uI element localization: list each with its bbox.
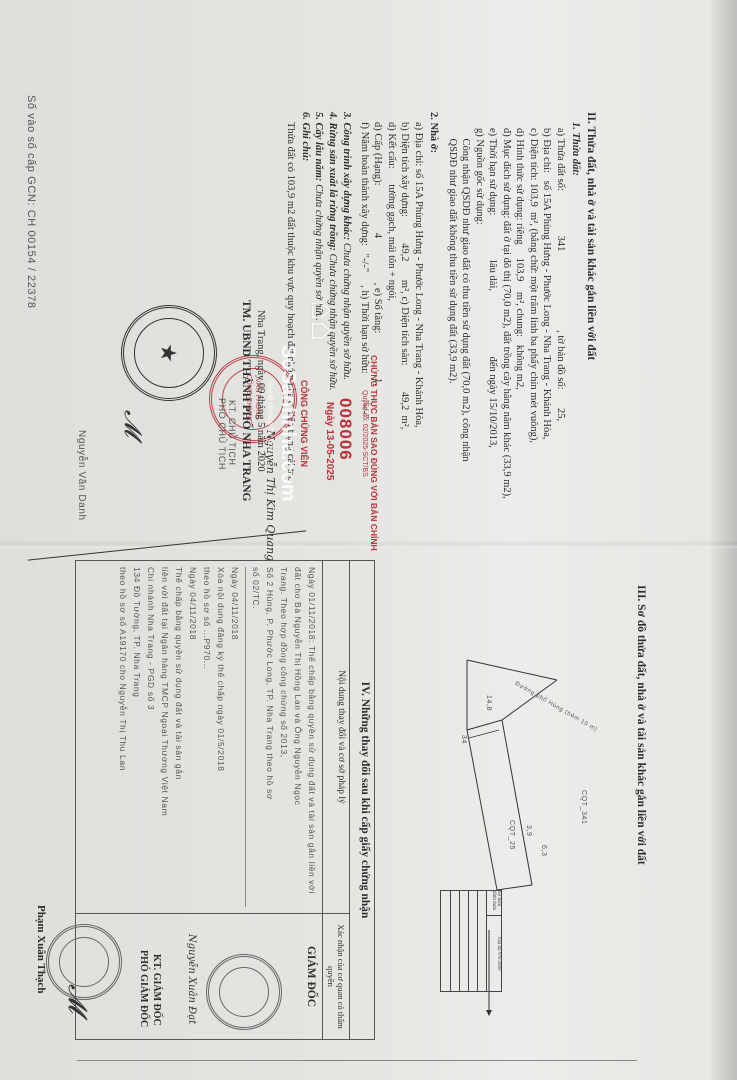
bottom-role-2: PHÓ GIÁM ĐỐC: [138, 950, 149, 1027]
watermark-house-icon: ⌂⌂: [303, 300, 342, 341]
watermark-brand: SoSanhnha.com: [276, 345, 299, 502]
land-line: đ) Mục đích sử dụng: đất ở tại đô thị (7…: [500, 128, 514, 499]
land-line: e) Thời hạn sử dụng: lâu dài, đến ngày 1…: [486, 128, 500, 499]
parcel-label-25: CQT_25: [508, 820, 515, 850]
bottom-signer-name: Phạm Xuân Thạch: [35, 905, 47, 993]
chairman-signature: 𝓜: [119, 410, 147, 437]
house-line: d) Kết cấu: tường gạch, mái tôn + ngói,: [385, 122, 399, 429]
section3-heading: III. Sơ đồ thửa đất, nhà ở và tài sản kh…: [635, 585, 647, 865]
signer-role-1: KT. CHỦ TỊCH: [227, 400, 237, 466]
changes-entries: Ngày 01/11/2018: Thế chấp bằng quyền sử …: [76, 561, 323, 914]
change-entry: Số 2 Hùng, P. Phước Long, TP. Nha Trang …: [263, 567, 277, 907]
change-entry: Thế chấp bằng quyền sử dụng đất và tài s…: [172, 567, 186, 907]
city-committee-seal: ★: [121, 305, 217, 401]
land-details: a) Thửa đất số: 341 , tờ bản đồ số: 25, …: [446, 128, 568, 499]
item3-label: 3. Công trình xây dựng khác:: [341, 112, 352, 240]
col-header-content: Nội dung thay đổi và cơ sở pháp lý: [323, 561, 350, 914]
notary-number: 008006: [335, 398, 355, 461]
bottom-role-1: KT. GIÁM ĐỐC: [151, 954, 162, 1026]
change-entry: Chi nhánh Nha Trang - PGD số 3: [144, 567, 158, 907]
change-entry: Ngày 04/11/2018: [228, 567, 242, 907]
changes-table-heading: IV. Những thay đổi sau khi cấp giấy chứn…: [350, 561, 375, 1040]
house-line: b) Diện tích xây dựng: 49,2 m², c) Diện …: [398, 122, 412, 429]
coord-col-vn2000: Tọa độ VN-2000: [487, 916, 501, 991]
land-line: QSDĐ như giao đất không thu tiền sử dụng…: [446, 128, 460, 499]
item3-value: Chưa chứng nhận quyền sở hữu.: [341, 240, 352, 380]
watermark-tagline: Great choice for you: [266, 380, 275, 452]
confirm-role: GIÁM ĐỐC: [305, 920, 317, 1033]
change-entry: đất cho Bà Nguyễn Thị Hồng Lan và Ông Ng…: [291, 567, 305, 907]
change-entry: Ngày 04/11/2018: [186, 567, 200, 907]
notary-certify-text: CHỨNG THỰC BẢN SAO ĐÚNG VỚI BẢN CHÍNH: [369, 355, 379, 551]
change-entry: theo hồ sơ số A19170 cho Nguyễn Thị Thu …: [116, 567, 130, 907]
land-line: g) Nguồn gốc sử dụng:: [473, 128, 487, 499]
change-entry: Trang. Theo hợp đồng công chứng số 2013,: [277, 567, 291, 907]
register-number: Số vào sổ cấp GCN: CH 00154 / 22378: [25, 95, 37, 309]
dimension-label: 14,8: [485, 695, 492, 711]
land-line: d) Hình thức sử dụng: riêng 103,9 m², ch…: [513, 128, 527, 499]
land-certificate-page: II. Thửa đất, nhà ở và tài sản khác gắn …: [0, 0, 737, 1080]
land-line: b) Địa chỉ: số 15A Phùng Hưng - Phước Lo…: [540, 128, 554, 499]
land-line: c) Diện tích: 103,9 m², (bằng chữ: một t…: [527, 128, 541, 499]
signer-role-2: PHÓ CHỦ TỊCH: [217, 398, 227, 470]
item6-label: 6. Ghi chú:: [300, 112, 311, 161]
house-line: a) Địa chỉ: số 15A Phùng Hưng - Phước Lo…: [412, 122, 426, 429]
land-subheading: 1. Thửa đất:: [570, 122, 581, 176]
frame-right-border: [77, 1060, 637, 1062]
col-header-confirm: Xác nhận của cơ quan có thẩm quyền: [323, 914, 350, 1040]
item5: 5. Cây lâu năm: Chưa chứng nhận quyền sở…: [312, 112, 326, 321]
change-entry: Xóa nội dung đăng ký thế chấp ngày 01/5/…: [214, 567, 228, 907]
land-line: a) Thửa đất số: 341 , tờ bản đồ số: 25,: [554, 128, 568, 499]
house-details: a) Địa chỉ: số 15A Phùng Hưng - Phước Lo…: [358, 122, 426, 429]
changes-table: IV. Những thay đổi sau khi cấp giấy chứn…: [75, 560, 375, 1040]
notary-certified-by: CÔNG CHỨNG VIÊN: [299, 380, 309, 467]
notary-date: Ngày 13-05-2025: [324, 402, 335, 480]
change-entry: số 02/TC.: [249, 567, 263, 907]
issue-date: Nha Trang, ngày 09 tháng 5 năm 2020: [254, 310, 268, 472]
coordinate-table: Số hiệu đỉnh thửa Tọa độ VN-2000: [440, 890, 502, 992]
confirm-signature: Nguyễn Xuân Đạt: [186, 934, 197, 1024]
confirm-cell: GIÁM ĐỐC Nguyễn Xuân Đạt KT. GIÁM ĐỐC PH…: [76, 914, 323, 1040]
dimension-label: 34: [460, 735, 467, 744]
dimension-label: 6,3: [540, 845, 547, 857]
notary-book: Quyển số: 02/2025-SCT/BS: [361, 390, 368, 477]
signer-name: Nguyễn Văn Danh: [76, 430, 87, 521]
item4: 4. Rừng sản xuất là rừng trồng: Chưa chứ…: [326, 112, 340, 391]
deputy-director-signature: 𝓜: [61, 984, 92, 1013]
registration-office-stamp: [206, 954, 282, 1030]
change-entry: theo hồ sơ số ...P970...: [200, 567, 214, 907]
item5-label: 5. Cây lâu năm:: [313, 112, 324, 181]
change-entry: liền với đất tại Ngân hàng TMCP Ngoại Th…: [158, 567, 172, 907]
change-entry: Ngày 01/11/2018: Thế chấp bằng quyền sử …: [305, 567, 319, 907]
coord-col-vertex: Số hiệu đỉnh thửa: [487, 891, 501, 916]
issuing-authority: TM. UBND THÀNH PHỐ NHA TRANG: [240, 300, 252, 501]
section2-heading: II. Thửa đất, nhà ở và tài sản khác gắn …: [585, 112, 597, 360]
dimension-label: 3,9: [525, 825, 532, 837]
seal-star-icon: ★: [134, 318, 204, 388]
item4-label: 4. Rừng sản xuất là rừng trồng:: [327, 112, 338, 251]
house-subheading: 2. Nhà ở:: [428, 112, 439, 153]
parcel-label-341: CQT_341: [580, 790, 587, 825]
change-entry: 134 Đồ Tường, TP. Nha Trang: [130, 567, 144, 907]
land-line: Công nhận QSDĐ như giao đất có thu tiền …: [459, 128, 473, 499]
